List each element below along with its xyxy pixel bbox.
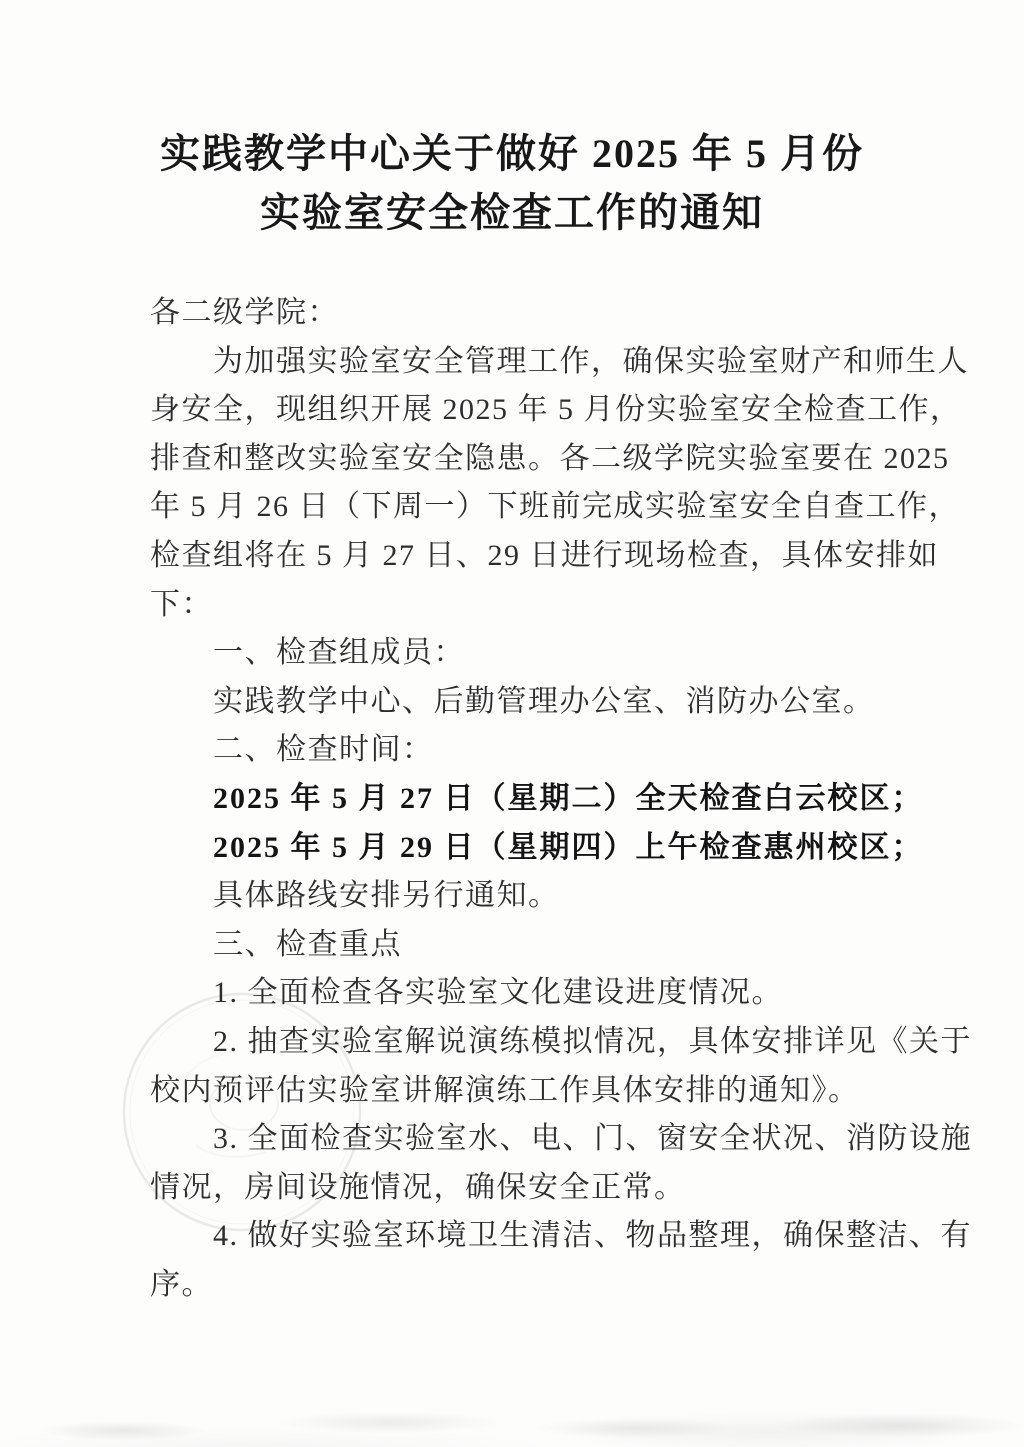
body-line: 一、检查组成员： bbox=[150, 629, 890, 678]
body-line: 为加强实验室安全管理工作，确保实验室财产和师生人 bbox=[150, 338, 890, 387]
body-line: 检查组将在 5 月 27 日、29 日进行现场检查，具体安排如 bbox=[150, 532, 890, 581]
body-line: 序。 bbox=[150, 1261, 890, 1310]
body-line: 情况，房间设施情况，确保安全正常。 bbox=[150, 1164, 890, 1213]
body-line: 年 5 月 26 日（下周一）下班前完成实验室安全自查工作， bbox=[150, 483, 890, 532]
body-line: 下： bbox=[150, 581, 890, 630]
body-line: 身安全，现组织开展 2025 年 5 月份实验室安全检查工作， bbox=[150, 386, 890, 435]
notice-title-line2: 实验室安全检查工作的通知 bbox=[0, 183, 1024, 242]
scan-noise-artifact bbox=[0, 1393, 1024, 1447]
notice-title: 实践教学中心关于做好 2025 年 5 月份 实验室安全检查工作的通知 bbox=[0, 124, 1024, 242]
body-line: 具体路线安排另行通知。 bbox=[150, 872, 890, 921]
body-line: 4. 做好实验室环境卫生清洁、物品整理，确保整洁、有 bbox=[150, 1212, 890, 1261]
body-line: 2025 年 5 月 29 日（星期四）上午检查惠州校区； bbox=[150, 824, 890, 873]
body-line: 二、检查时间： bbox=[150, 726, 890, 775]
salutation: 各二级学院： bbox=[150, 289, 890, 338]
body-line: 1. 全面检查各实验室文化建设进度情况。 bbox=[150, 969, 890, 1018]
body-line: 3. 全面检查实验室水、电、门、窗安全状况、消防设施 bbox=[150, 1115, 890, 1164]
body-line: 2025 年 5 月 27 日（星期二）全天检查白云校区； bbox=[150, 775, 890, 824]
body-lines: 为加强实验室安全管理工作，确保实验室财产和师生人 身安全，现组织开展 2025 … bbox=[150, 338, 890, 1310]
body-line: 2. 抽查实验室解说演练模拟情况，具体安排详见《关于 bbox=[150, 1018, 890, 1067]
body-line: 实践教学中心、后勤管理办公室、消防办公室。 bbox=[150, 678, 890, 727]
scanned-notice-page: 实践教学中心关于做好 2025 年 5 月份 实验室安全检查工作的通知 各二级学… bbox=[0, 0, 1024, 1447]
notice-title-line1: 实践教学中心关于做好 2025 年 5 月份 bbox=[0, 124, 1024, 183]
body-line: 校内预评估实验室讲解演练工作具体安排的通知》。 bbox=[150, 1067, 890, 1116]
body-line: 排查和整改实验室安全隐患。各二级学院实验室要在 2025 bbox=[150, 435, 890, 484]
notice-body: 各二级学院： 为加强实验室安全管理工作，确保实验室财产和师生人 身安全，现组织开… bbox=[150, 289, 890, 1309]
body-line: 三、检查重点 bbox=[150, 921, 890, 970]
